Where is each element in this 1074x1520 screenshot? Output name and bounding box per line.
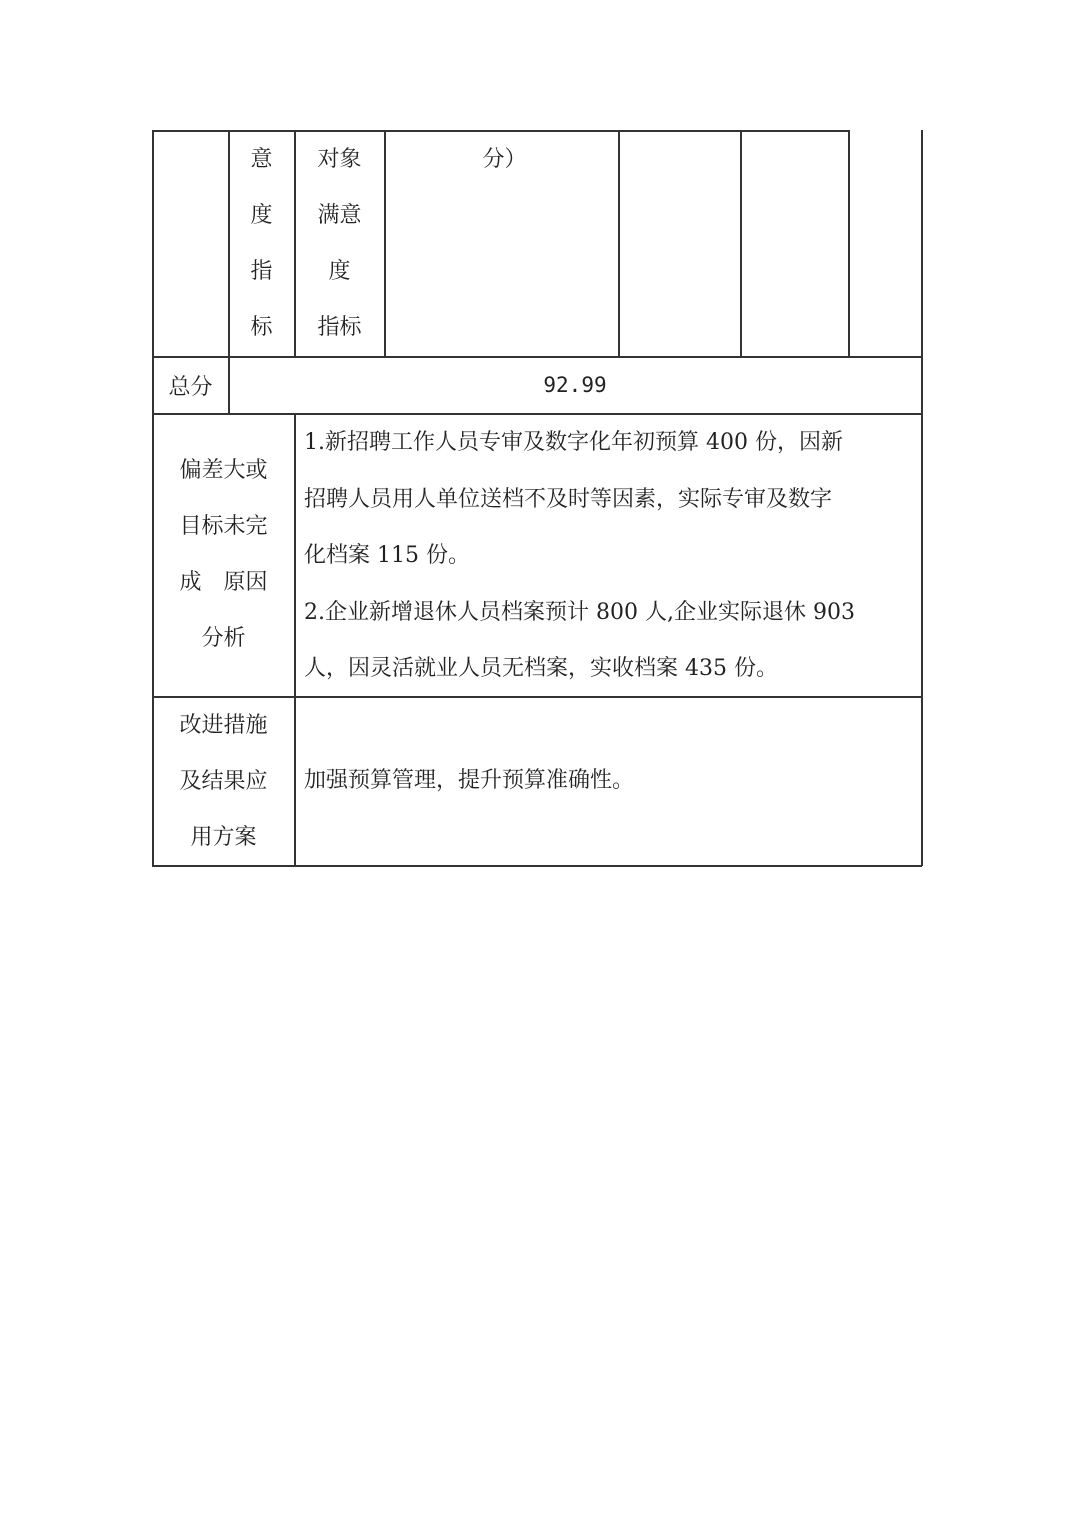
indicator-detail-cell: 分） [385,132,618,356]
label-line: 目标未完 [179,499,267,555]
label-line: 分析 [201,611,245,667]
improvement-measures-label: 改进措施 及结果应 用方案 [153,698,294,865]
label-line: 改进措施 [179,698,267,754]
cell-line: 标 [250,300,272,356]
table-border-right [921,130,923,866]
cell-line: 满意 [317,188,361,244]
cell-line: 对象 [317,132,361,188]
object-satisfaction-cell: 对象 满意 度 指标 [295,132,384,356]
cell-line: 分） [476,132,526,188]
label-line: 成 原因 [179,555,267,611]
col-divider-4 [618,130,620,357]
paragraph-line: 2.企业新增退休人员档案预计 800 人,企业实际退休 903 [304,585,916,642]
paragraph-line: 人，因灵活就业人员无档案，实收档案 435 份。 [304,641,916,698]
label-line: 及结果应 [179,754,267,810]
cell-line: 指标 [317,300,361,356]
total-score-label: 总分 [153,357,228,413]
label-line: 用方案 [190,810,256,866]
table-border-bottom [152,865,922,867]
paragraph-line: 化档案 115 份。 [304,528,916,585]
col-divider-2-bottom [294,413,296,866]
deviation-analysis-label: 偏差大或 目标未完 成 原因 分析 [153,443,294,693]
cell-line: 度 [250,188,272,244]
satisfaction-indicator-cell: 意 度 指 标 [229,132,294,356]
deviation-analysis-text: 1.新招聘工作人员专审及数字化年初预算 400 份，因新 招聘人员用人单位送档不… [304,415,916,698]
col-divider-5 [740,130,742,357]
paragraph-line: 招聘人员用人单位送档不及时等因素，实际专审及数字 [304,472,916,529]
label-line: 偏差大或 [179,443,267,499]
paragraph-line: 1.新招聘工作人员专审及数字化年初预算 400 份，因新 [304,415,916,472]
total-score-value: 92.99 [229,357,921,413]
col-divider-6 [848,130,850,357]
cell-line: 指 [250,244,272,300]
cell-line: 度 [328,244,350,300]
cell-line: 意 [250,132,272,188]
improvement-measures-text: 加强预算管理，提升预算准确性。 [304,753,916,810]
